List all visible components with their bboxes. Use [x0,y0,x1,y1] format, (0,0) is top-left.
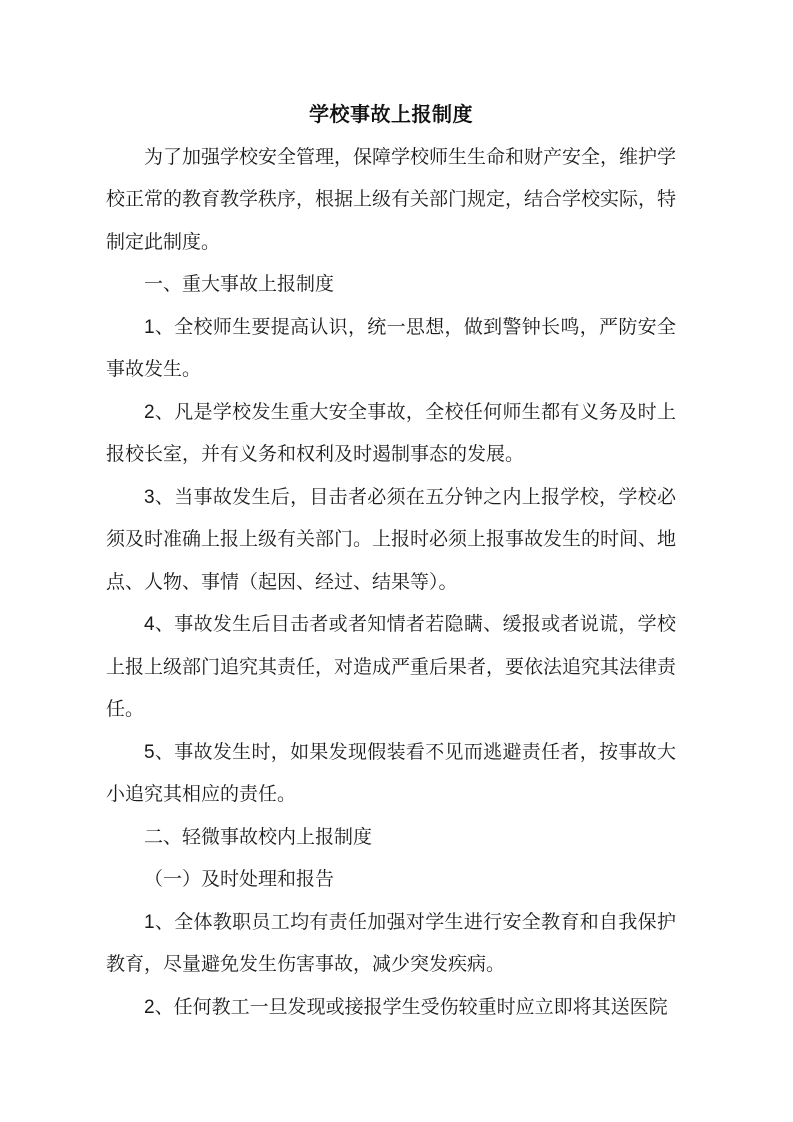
paragraph: 1、全体教职员工均有责任加强对学生进行安全教育和自我保护教育，尽量避免发生伤害事… [106,902,676,987]
document-content: 学校事故上报制度 为了加强学校安全管理，保障学校师生生命和财产安全，维护学校正常… [106,94,676,1029]
document-title: 学校事故上报制度 [106,94,676,137]
document-body: 为了加强学校安全管理，保障学校师生生命和财产安全，维护学校正常的教育教学秩序，根… [106,137,676,1030]
paragraph: 3、当事故发生后，目击者必须在五分钟之内上报学校，学校必须及时准确上报上级有关部… [106,477,676,605]
paragraph: 为了加强学校安全管理，保障学校师生生命和财产安全，维护学校正常的教育教学秩序，根… [106,137,676,265]
paragraph: 一、重大事故上报制度 [106,264,676,307]
document-page: 学校事故上报制度 为了加强学校安全管理，保障学校师生生命和财产安全，维护学校正常… [0,0,793,1122]
paragraph: 5、事故发生时，如果发现假装看不见而逃避责任者，按事故大小追究其相应的责任。 [106,732,676,817]
paragraph: 2、凡是学校发生重大安全事故，全校任何师生都有义务及时上报校长室，并有义务和权利… [106,392,676,477]
paragraph: 二、轻微事故校内上报制度 [106,817,676,860]
paragraph: 2、任何教工一旦发现或接报学生受伤较重时应立即将其送医院 [106,987,676,1030]
paragraph: 4、事故发生后目击者或者知情者若隐瞒、缓报或者说谎，学校上报上级部门追究其责任，… [106,604,676,732]
paragraph: （一）及时处理和报告 [106,859,676,902]
paragraph: 1、全校师生要提高认识，统一思想，做到警钟长鸣，严防安全事故发生。 [106,307,676,392]
